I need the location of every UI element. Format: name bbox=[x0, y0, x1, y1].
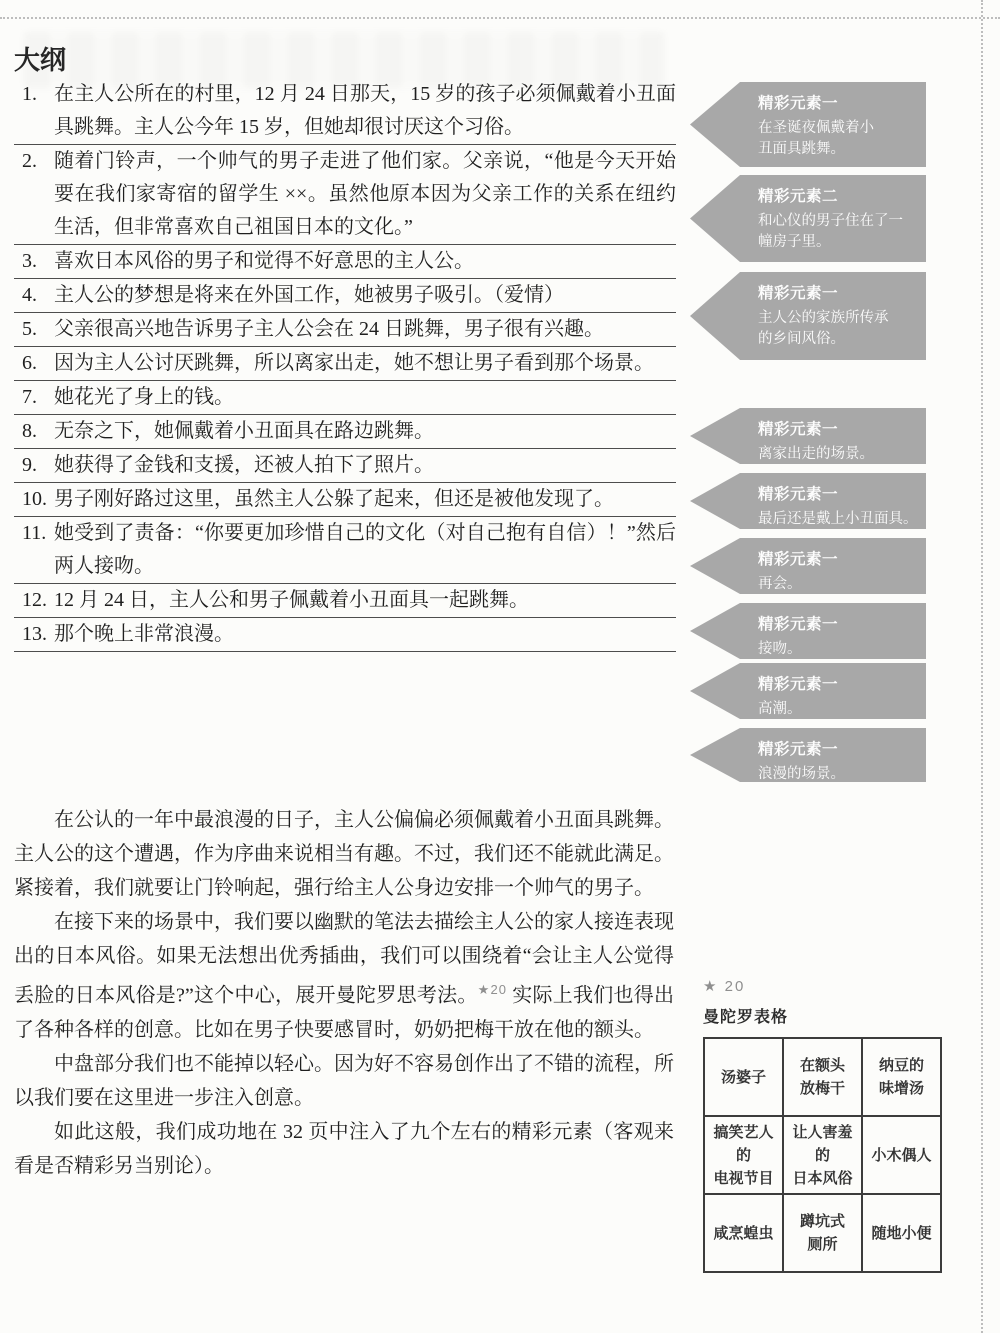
outline-item-11: 11.她受到了责备：“你要更加珍惜自己的文化（对自己抱有自信）！”然后两人接吻。 bbox=[14, 517, 676, 584]
tag-title: 精彩元素二 bbox=[758, 184, 918, 206]
mandala-section: ★ 20 曼陀罗表格 汤婆子 在额头 放梅干 纳豆的 味增汤 搞笑艺人的 电视节… bbox=[703, 977, 942, 1273]
mandala-cell: 小木偶人 bbox=[862, 1116, 941, 1194]
mandala-cell: 咸烹蝗虫 bbox=[704, 1194, 783, 1272]
tag-title: 精彩元素一 bbox=[758, 482, 918, 504]
paragraph-4: 如此这般，我们成功地在 32 页中注入了九个左右的精彩元素（客观来看是否精彩另当… bbox=[14, 1115, 674, 1183]
item-number: 11. bbox=[22, 517, 54, 550]
mandala-cell: 让人害羞的 日本风俗 bbox=[783, 1116, 862, 1194]
item-number: 3. bbox=[22, 245, 54, 278]
highlight-tag-1: 精彩元素一在圣诞夜佩戴着小 丑面具跳舞。 bbox=[690, 82, 926, 167]
footnote-ref: ★20 bbox=[478, 982, 507, 997]
outline-item-10: 10.男子刚好路过这里，虽然主人公躲了起来，但还是被他发现了。 bbox=[14, 483, 676, 517]
item-text: 主人公的梦想是将来在外国工作，她被男子吸引。（爱情） bbox=[54, 284, 564, 306]
item-text: 在主人公所在的村里，12 月 24 日那天，15 岁的孩子必须佩戴着小丑面具跳舞… bbox=[54, 83, 676, 138]
item-number: 7. bbox=[22, 381, 54, 414]
item-number: 12. bbox=[22, 584, 54, 617]
outline-list: 1.在主人公所在的村里，12 月 24 日那天，15 岁的孩子必须佩戴着小丑面具… bbox=[14, 78, 676, 652]
item-text: 她受到了责备：“你要更加珍惜自己的文化（对自己抱有自信）！”然后两人接吻。 bbox=[54, 522, 676, 577]
mandala-cell: 蹲坑式 厕所 bbox=[783, 1194, 862, 1272]
mandala-cell: 汤婆子 bbox=[704, 1038, 783, 1116]
tag-text: 和心仪的男子住在了一 幢房子里。 bbox=[758, 211, 918, 253]
item-text: 父亲很高兴地告诉男子主人公会在 24 日跳舞，男子很有兴趣。 bbox=[54, 318, 604, 340]
outline-item-5: 5.父亲很高兴地告诉男子主人公会在 24 日跳舞，男子很有兴趣。 bbox=[14, 313, 676, 347]
highlight-tag-7: 精彩元素一接吻。 bbox=[690, 603, 926, 659]
tag-text: 高潮。 bbox=[758, 699, 918, 720]
highlight-tag-8: 精彩元素一高潮。 bbox=[690, 663, 926, 719]
mandala-title: 曼陀罗表格 bbox=[703, 1004, 942, 1027]
tag-text: 浪漫的场景。 bbox=[758, 764, 918, 785]
right-dotted-divider bbox=[981, 0, 983, 1333]
tag-text: 最后还是戴上小丑面具。 bbox=[758, 509, 918, 530]
tag-title: 精彩元素一 bbox=[758, 91, 918, 113]
item-number: 5. bbox=[22, 313, 54, 346]
outline-item-7: 7.她花光了身上的钱。 bbox=[14, 381, 676, 415]
item-number: 4. bbox=[22, 279, 54, 312]
outline-item-2: 2.随着门铃声，一个帅气的男子走进了他们家。父亲说，“他是今天开始要在我们家寄宿… bbox=[14, 145, 676, 245]
item-text: 随着门铃声，一个帅气的男子走进了他们家。父亲说，“他是今天开始要在我们家寄宿的留… bbox=[54, 150, 676, 238]
outline-item-1: 1.在主人公所在的村里，12 月 24 日那天，15 岁的孩子必须佩戴着小丑面具… bbox=[14, 78, 676, 145]
item-number: 8. bbox=[22, 415, 54, 448]
item-text: 12 月 24 日，主人公和男子佩戴着小丑面具一起跳舞。 bbox=[54, 589, 529, 611]
tag-title: 精彩元素一 bbox=[758, 612, 918, 634]
highlight-tag-2: 精彩元素二和心仪的男子住在了一 幢房子里。 bbox=[690, 175, 926, 262]
item-text: 她获得了金钱和支援，还被人拍下了照片。 bbox=[54, 454, 434, 476]
item-number: 9. bbox=[22, 449, 54, 482]
tag-title: 精彩元素一 bbox=[758, 672, 918, 694]
mandala-cell: 在额头 放梅干 bbox=[783, 1038, 862, 1116]
paragraph-3: 中盘部分我们也不能掉以轻心。因为好不容易创作出了不错的流程，所以我们要在这里进一… bbox=[14, 1047, 674, 1115]
outline-item-8: 8.无奈之下，她佩戴着小丑面具在路边跳舞。 bbox=[14, 415, 676, 449]
mandala-table: 汤婆子 在额头 放梅干 纳豆的 味增汤 搞笑艺人的 电视节目 让人害羞的 日本风… bbox=[703, 1037, 942, 1273]
item-number: 13. bbox=[22, 618, 54, 651]
tag-title: 精彩元素一 bbox=[758, 281, 918, 303]
item-text: 无奈之下，她佩戴着小丑面具在路边跳舞。 bbox=[54, 420, 434, 442]
item-number: 10. bbox=[22, 483, 54, 516]
item-text: 男子刚好路过这里，虽然主人公躲了起来，但还是被他发现了。 bbox=[54, 488, 614, 510]
paragraph-2: 在接下来的场景中，我们要以幽默的笔法去描绘主人公的家人接连表现出的日本风俗。如果… bbox=[14, 905, 674, 1047]
item-text: 喜欢日本风俗的男子和觉得不好意思的主人公。 bbox=[54, 250, 474, 272]
item-number: 2. bbox=[22, 145, 54, 178]
mandala-cell: 搞笑艺人的 电视节目 bbox=[704, 1116, 783, 1194]
tag-title: 精彩元素一 bbox=[758, 417, 918, 439]
tag-text: 在圣诞夜佩戴着小 丑面具跳舞。 bbox=[758, 118, 918, 160]
highlight-tag-9: 精彩元素一浪漫的场景。 bbox=[690, 728, 926, 782]
mandala-ref-label: ★ 20 bbox=[703, 977, 942, 995]
outline-item-13: 13.那个晚上非常浪漫。 bbox=[14, 618, 676, 652]
mandala-cell: 随地小便 bbox=[862, 1194, 941, 1272]
paragraph-1: 在公认的一年中最浪漫的日子，主人公偏偏必须佩戴着小丑面具跳舞。主人公的这个遭遇，… bbox=[14, 803, 674, 905]
body-paragraphs: 在公认的一年中最浪漫的日子，主人公偏偏必须佩戴着小丑面具跳舞。主人公的这个遭遇，… bbox=[14, 803, 674, 1183]
outline-item-6: 6.因为主人公讨厌跳舞，所以离家出走，她不想让男子看到那个场景。 bbox=[14, 347, 676, 381]
outline-item-12: 12.12 月 24 日，主人公和男子佩戴着小丑面具一起跳舞。 bbox=[14, 584, 676, 618]
tag-text: 接吻。 bbox=[758, 639, 918, 660]
top-dotted-divider bbox=[0, 17, 1000, 19]
outline-item-9: 9.她获得了金钱和支援，还被人拍下了照片。 bbox=[14, 449, 676, 483]
tag-text: 主人公的家族所传承 的乡间风俗。 bbox=[758, 308, 918, 350]
tag-title: 精彩元素一 bbox=[758, 737, 918, 759]
outline-item-4: 4.主人公的梦想是将来在外国工作，她被男子吸引。（爱情） bbox=[14, 279, 676, 313]
item-text: 因为主人公讨厌跳舞，所以离家出走，她不想让男子看到那个场景。 bbox=[54, 352, 654, 374]
highlight-tag-6: 精彩元素一再会。 bbox=[690, 538, 926, 594]
tag-title: 精彩元素一 bbox=[758, 547, 918, 569]
item-text: 她花光了身上的钱。 bbox=[54, 386, 234, 408]
book-page: 大纲 1.在主人公所在的村里，12 月 24 日那天，15 岁的孩子必须佩戴着小… bbox=[0, 0, 1000, 1333]
item-text: 那个晚上非常浪漫。 bbox=[54, 623, 234, 645]
mandala-cell: 纳豆的 味增汤 bbox=[862, 1038, 941, 1116]
tag-text: 离家出走的场景。 bbox=[758, 444, 918, 465]
highlight-tag-3: 精彩元素一主人公的家族所传承 的乡间风俗。 bbox=[690, 272, 926, 360]
highlight-tag-5: 精彩元素一最后还是戴上小丑面具。 bbox=[690, 473, 926, 529]
outline-heading: 大纲 bbox=[14, 40, 66, 77]
outline-item-3: 3.喜欢日本风俗的男子和觉得不好意思的主人公。 bbox=[14, 245, 676, 279]
item-number: 1. bbox=[22, 78, 54, 111]
item-number: 6. bbox=[22, 347, 54, 380]
tag-text: 再会。 bbox=[758, 574, 918, 595]
highlight-tag-4: 精彩元素一离家出走的场景。 bbox=[690, 408, 926, 464]
